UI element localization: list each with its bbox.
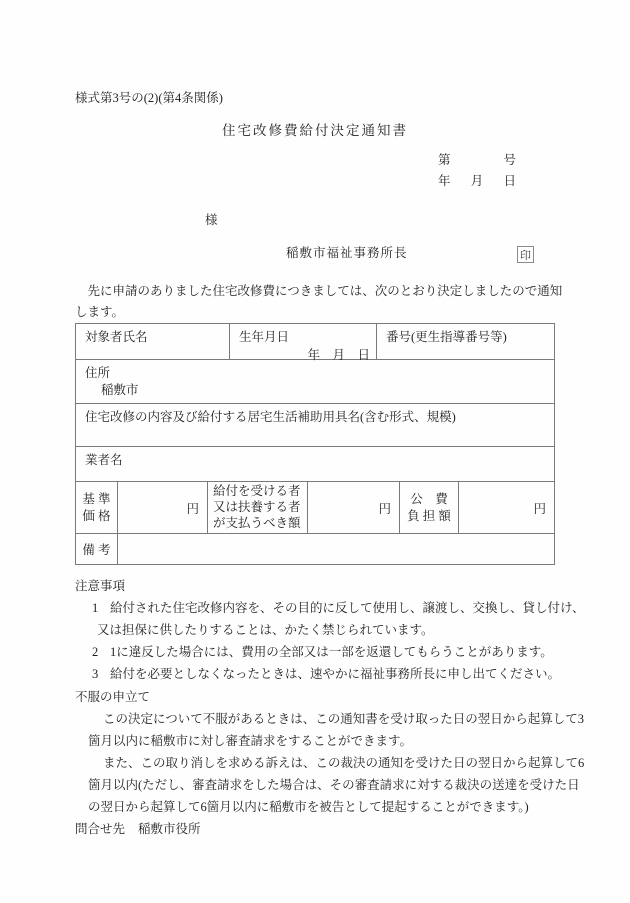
- table-row-renovation: 住宅改修の内容及び給付する居宅生活補助用具名(含む形式、規模): [76, 403, 554, 446]
- seal-stamp: 印: [517, 246, 534, 263]
- date-line: 年 月 日: [438, 171, 516, 192]
- notes-section: 注意事項 1給付された住宅改修内容を、その目的に反して使用し、譲渡し、交換し、貸…: [75, 575, 615, 685]
- document-title: 住宅改修費給付決定通知書: [0, 119, 630, 139]
- standard-price-label-line1: 基 準: [76, 491, 117, 508]
- note-item-1-line-2: 又は担保に供したりすることは、かたく禁じられています。: [75, 619, 615, 641]
- doc-number-prefix: 第: [438, 150, 451, 171]
- appeal-line-5: の翌日から起算して6箇月以内に稲敷市を被告として提起することができます。): [75, 796, 615, 818]
- appeal-line-1: この決定について不服があるときは、この通知書を受け取った日の翌日から起算して3: [75, 708, 615, 730]
- remarks-value-cell: [117, 534, 554, 564]
- note-item-1-line-1: 1給付された住宅改修内容を、その目的に反して使用し、譲渡し、交換し、貸し付け、: [75, 597, 615, 619]
- appeal-line-2: 箇月以内に稲敷市に対し審査請求をすることができます。: [75, 730, 615, 752]
- date-day-label: 日: [503, 171, 516, 192]
- table-row-remarks: 備 考: [76, 533, 554, 564]
- appeal-section: 不服の申立て この決定について不服があるときは、この通知書を受け取った日の翌日か…: [75, 686, 615, 840]
- contact-value: 稲敷市役所: [138, 818, 201, 840]
- note-item-3-line-1: 3給付を必要としなくなったときは、速やかに福祉事務所長に申し出てください。: [75, 663, 615, 685]
- payer-label-line3: が支払うべき額: [213, 516, 304, 532]
- contact-label: 問合せ先: [75, 818, 125, 840]
- addressee-suffix: 様: [205, 210, 218, 228]
- vendor-label-cell: 業者名: [76, 447, 554, 481]
- payer-label-line1: 給付を受ける者: [213, 484, 304, 500]
- note-item-2-text: 1に違反した場合には、費用の全部又は一部を返還してもらうことがあります。: [110, 645, 553, 659]
- yen-unit: 円: [186, 499, 199, 517]
- birthdate-cell: 生年月日 年 月 日: [229, 324, 376, 359]
- yen-unit: 円: [378, 499, 391, 517]
- renovation-label-cell: 住宅改修の内容及び給付する居宅生活補助用具名(含む形式、規模): [76, 404, 554, 446]
- notice-document-page: 様式第3号の(2)(第4条関係) 住宅改修費給付決定通知書 第 号 年 月 日 …: [0, 0, 630, 903]
- note-item-1-text: 給付された住宅改修内容を、その目的に反して使用し、譲渡し、交換し、貸し付け、: [110, 601, 585, 615]
- public-expense-label-line1: 公 費: [400, 491, 458, 508]
- standard-price-label-line2: 価 格: [76, 508, 117, 525]
- note-item-3-number: 3: [92, 663, 110, 685]
- address-value: 稲敷市: [101, 381, 548, 400]
- form-number: 様式第3号の(2)(第4条関係): [75, 88, 223, 106]
- note-item-2-number: 2: [92, 641, 110, 663]
- appeal-line-3: また、この取り消しを求める訴えは、この裁決の通知を受けた日の翌日から起算して6: [75, 752, 615, 774]
- intro-paragraph: 先に申請のありました住宅改修費につきましては、次のとおり決定しましたので通知しま…: [75, 281, 567, 323]
- notes-heading: 注意事項: [75, 575, 615, 597]
- note-item-3-text: 給付を必要としなくなったときは、速やかに福祉事務所長に申し出てください。: [110, 667, 560, 681]
- name-label-cell: 対象者氏名: [76, 324, 229, 359]
- payer-label-cell: 給付を受ける者 又は扶養する者 が支払うべき額: [207, 482, 307, 533]
- appeal-line-4: 箇月以内(ただし、審査請求をした場合は、その審査請求に対する裁決の送達を受けた日: [75, 774, 615, 796]
- birthdate-label: 生年月日: [230, 324, 376, 345]
- standard-price-amount-cell: 円: [117, 482, 207, 533]
- address-label: 住所: [85, 363, 548, 381]
- yen-unit: 円: [533, 499, 546, 517]
- standard-price-label-cell: 基 準 価 格: [76, 482, 117, 533]
- date-year-label: 年: [438, 171, 451, 192]
- number-label-cell: 番号(更生指導番号等): [376, 324, 554, 359]
- public-expense-amount-cell: 円: [458, 482, 554, 533]
- table-row-identity: 対象者氏名 生年月日 年 月 日 番号(更生指導番号等): [76, 324, 554, 359]
- address-cell: 住所 稲敷市: [76, 360, 554, 403]
- public-expense-label-line2: 負 担 額: [400, 508, 458, 525]
- date-month-label: 月: [471, 171, 484, 192]
- public-expense-label-cell: 公 費 負 担 額: [399, 482, 458, 533]
- note-item-2-line-1: 21に違反した場合には、費用の全部又は一部を返還してもらうことがあります。: [75, 641, 615, 663]
- doc-number-date-block: 第 号 年 月 日: [438, 150, 516, 192]
- table-row-amounts: 基 準 価 格 円 給付を受ける者 又は扶養する者 が支払うべき額 円 公 費 …: [76, 481, 554, 533]
- payer-amount-cell: 円: [307, 482, 399, 533]
- table-row-vendor: 業者名: [76, 446, 554, 481]
- payer-label-line2: 又は扶養する者: [213, 500, 304, 516]
- note-item-1-number: 1: [92, 597, 110, 619]
- grant-decision-table: 対象者氏名 生年月日 年 月 日 番号(更生指導番号等) 住所 稲敷市 住宅改修…: [75, 323, 555, 565]
- issuer-name: 稲敷市福祉事務所長: [286, 243, 408, 261]
- contact-line: 問合せ先稲敷市役所: [75, 818, 615, 840]
- doc-number-line: 第 号: [438, 150, 516, 171]
- appeal-heading: 不服の申立て: [75, 686, 615, 708]
- table-row-address: 住所 稲敷市: [76, 359, 554, 403]
- remarks-label-cell: 備 考: [76, 534, 117, 564]
- seal-character: 印: [520, 247, 531, 263]
- doc-number-suffix: 号: [503, 150, 516, 171]
